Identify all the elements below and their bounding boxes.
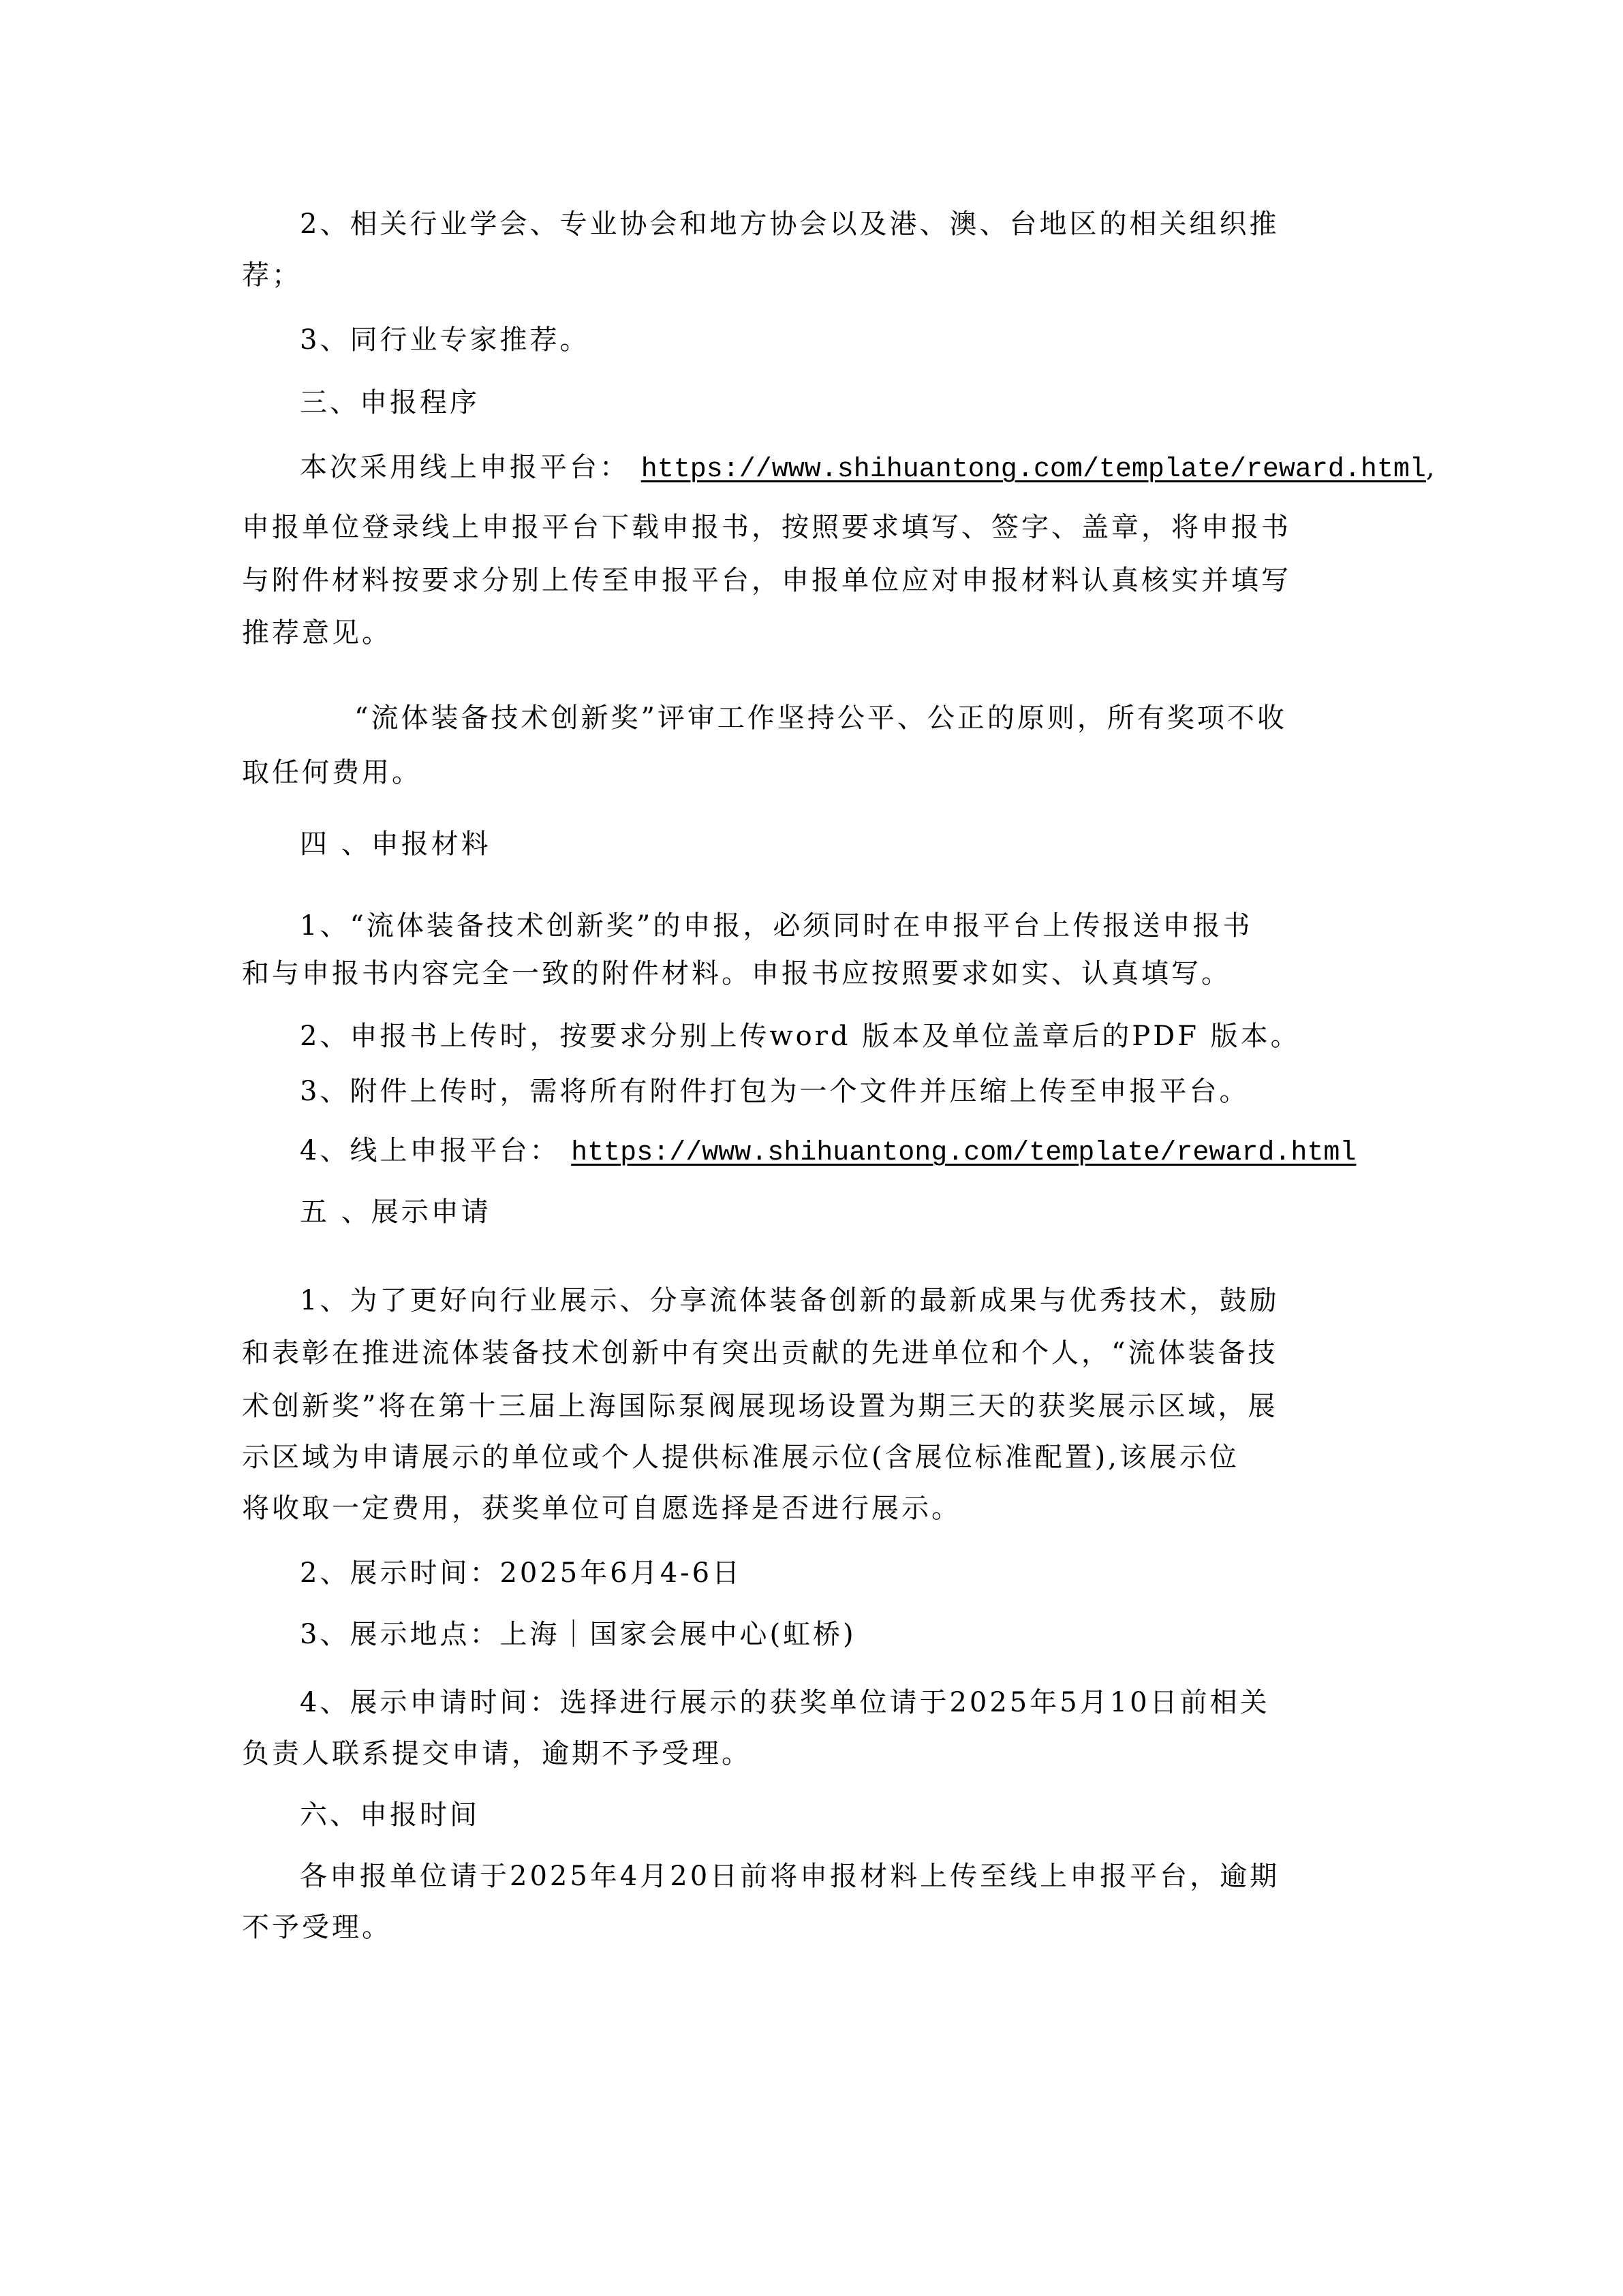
platform-label: 本次采用线上申报平台： [300,452,630,483]
paragraph-line: “流体装备技术创新奖”评审工作坚持公平、公正的原则，所有奖项不收 [354,702,1465,734]
paragraph-line: 本次采用线上申报平台： https://www.shihuantong.com/… [300,451,1410,486]
paragraph-line: 和表彰在推进流体装备技术创新中有突出贡献的先进单位和个人，“流体装备技 [242,1337,1352,1369]
paragraph-line: 术创新奖”将在第十三届上海国际泵阀展现场设置为期三天的获奖展示区域，展 [242,1390,1352,1423]
paragraph-line: 4、线上申报平台： https://www.shihuantong.com/te… [300,1134,1410,1170]
paragraph-line: 申报单位登录线上申报平台下载申报书，按照要求填写、签字、盖章，将申报书 [242,511,1352,544]
paragraph-line: 各申报单位请于2025年4月20日前将申报材料上传至线上申报平台，逾期 [300,1860,1410,1893]
paragraph-line: 取任何费用。 [242,756,1352,789]
paragraph-line: 2、申报书上传时，按要求分别上传word 版本及单位盖章后的PDF 版本。 [300,1020,1410,1053]
comma: , [1426,452,1438,483]
platform-label: 4、线上申报平台： [300,1135,559,1166]
section-heading-exhibition: 五 、展示申请 [300,1196,1410,1228]
paragraph-line: 和与申报书内容完全一致的附件材料。申报书应按照要求如实、认真填写。 [242,957,1352,990]
paragraph-line: 2、相关行业学会、专业协会和地方协会以及港、澳、台地区的相关组织推 [300,208,1410,241]
paragraph-line: 荐； [242,259,1352,292]
paragraph-line: 2、展示时间：2025年6月4-6日 [300,1557,1410,1589]
paragraph-line: 推荐意见。 [242,617,1352,649]
paragraph-line: 3、附件上传时，需将所有附件打包为一个文件并压缩上传至申报平台。 [300,1075,1410,1108]
section-heading-procedure: 三、申报程序 [300,386,1410,419]
paragraph-line: 4、展示申请时间：选择进行展示的获奖单位请于2025年5月10日前相关 [300,1686,1410,1719]
paragraph-line: 与附件材料按要求分别上传至申报平台，申报单位应对申报材料认真核实并填写 [242,564,1352,597]
paragraph-line: 1、为了更好向行业展示、分享流体装备创新的最新成果与优秀技术，鼓励 [300,1284,1410,1317]
paragraph-line: 不予受理。 [242,1911,1352,1944]
paragraph-line: 3、展示地点：上海｜国家会展中心(虹桥) [300,1618,1410,1651]
section-heading-materials: 四 、申报材料 [300,828,1410,860]
platform-link[interactable]: https://www.shihuantong.com/template/rew… [571,1138,1356,1168]
section-heading-deadline: 六、申报时间 [300,1799,1410,1831]
paragraph-line: 1、“流体装备技术创新奖”的申报，必须同时在申报平台上传报送申报书 [300,910,1410,942]
paragraph-line: 示区域为申请展示的单位或个人提供标准展示位(含展位标准配置),该展示位 [242,1441,1352,1474]
platform-link[interactable]: https://www.shihuantong.com/template/rew… [641,454,1426,485]
paragraph-line: 将收取一定费用，获奖单位可自愿选择是否进行展示。 [242,1492,1352,1525]
paragraph-line: 负责人联系提交申请，逾期不予受理。 [242,1737,1352,1770]
paragraph-line: 3、同行业专家推荐。 [300,324,1410,356]
